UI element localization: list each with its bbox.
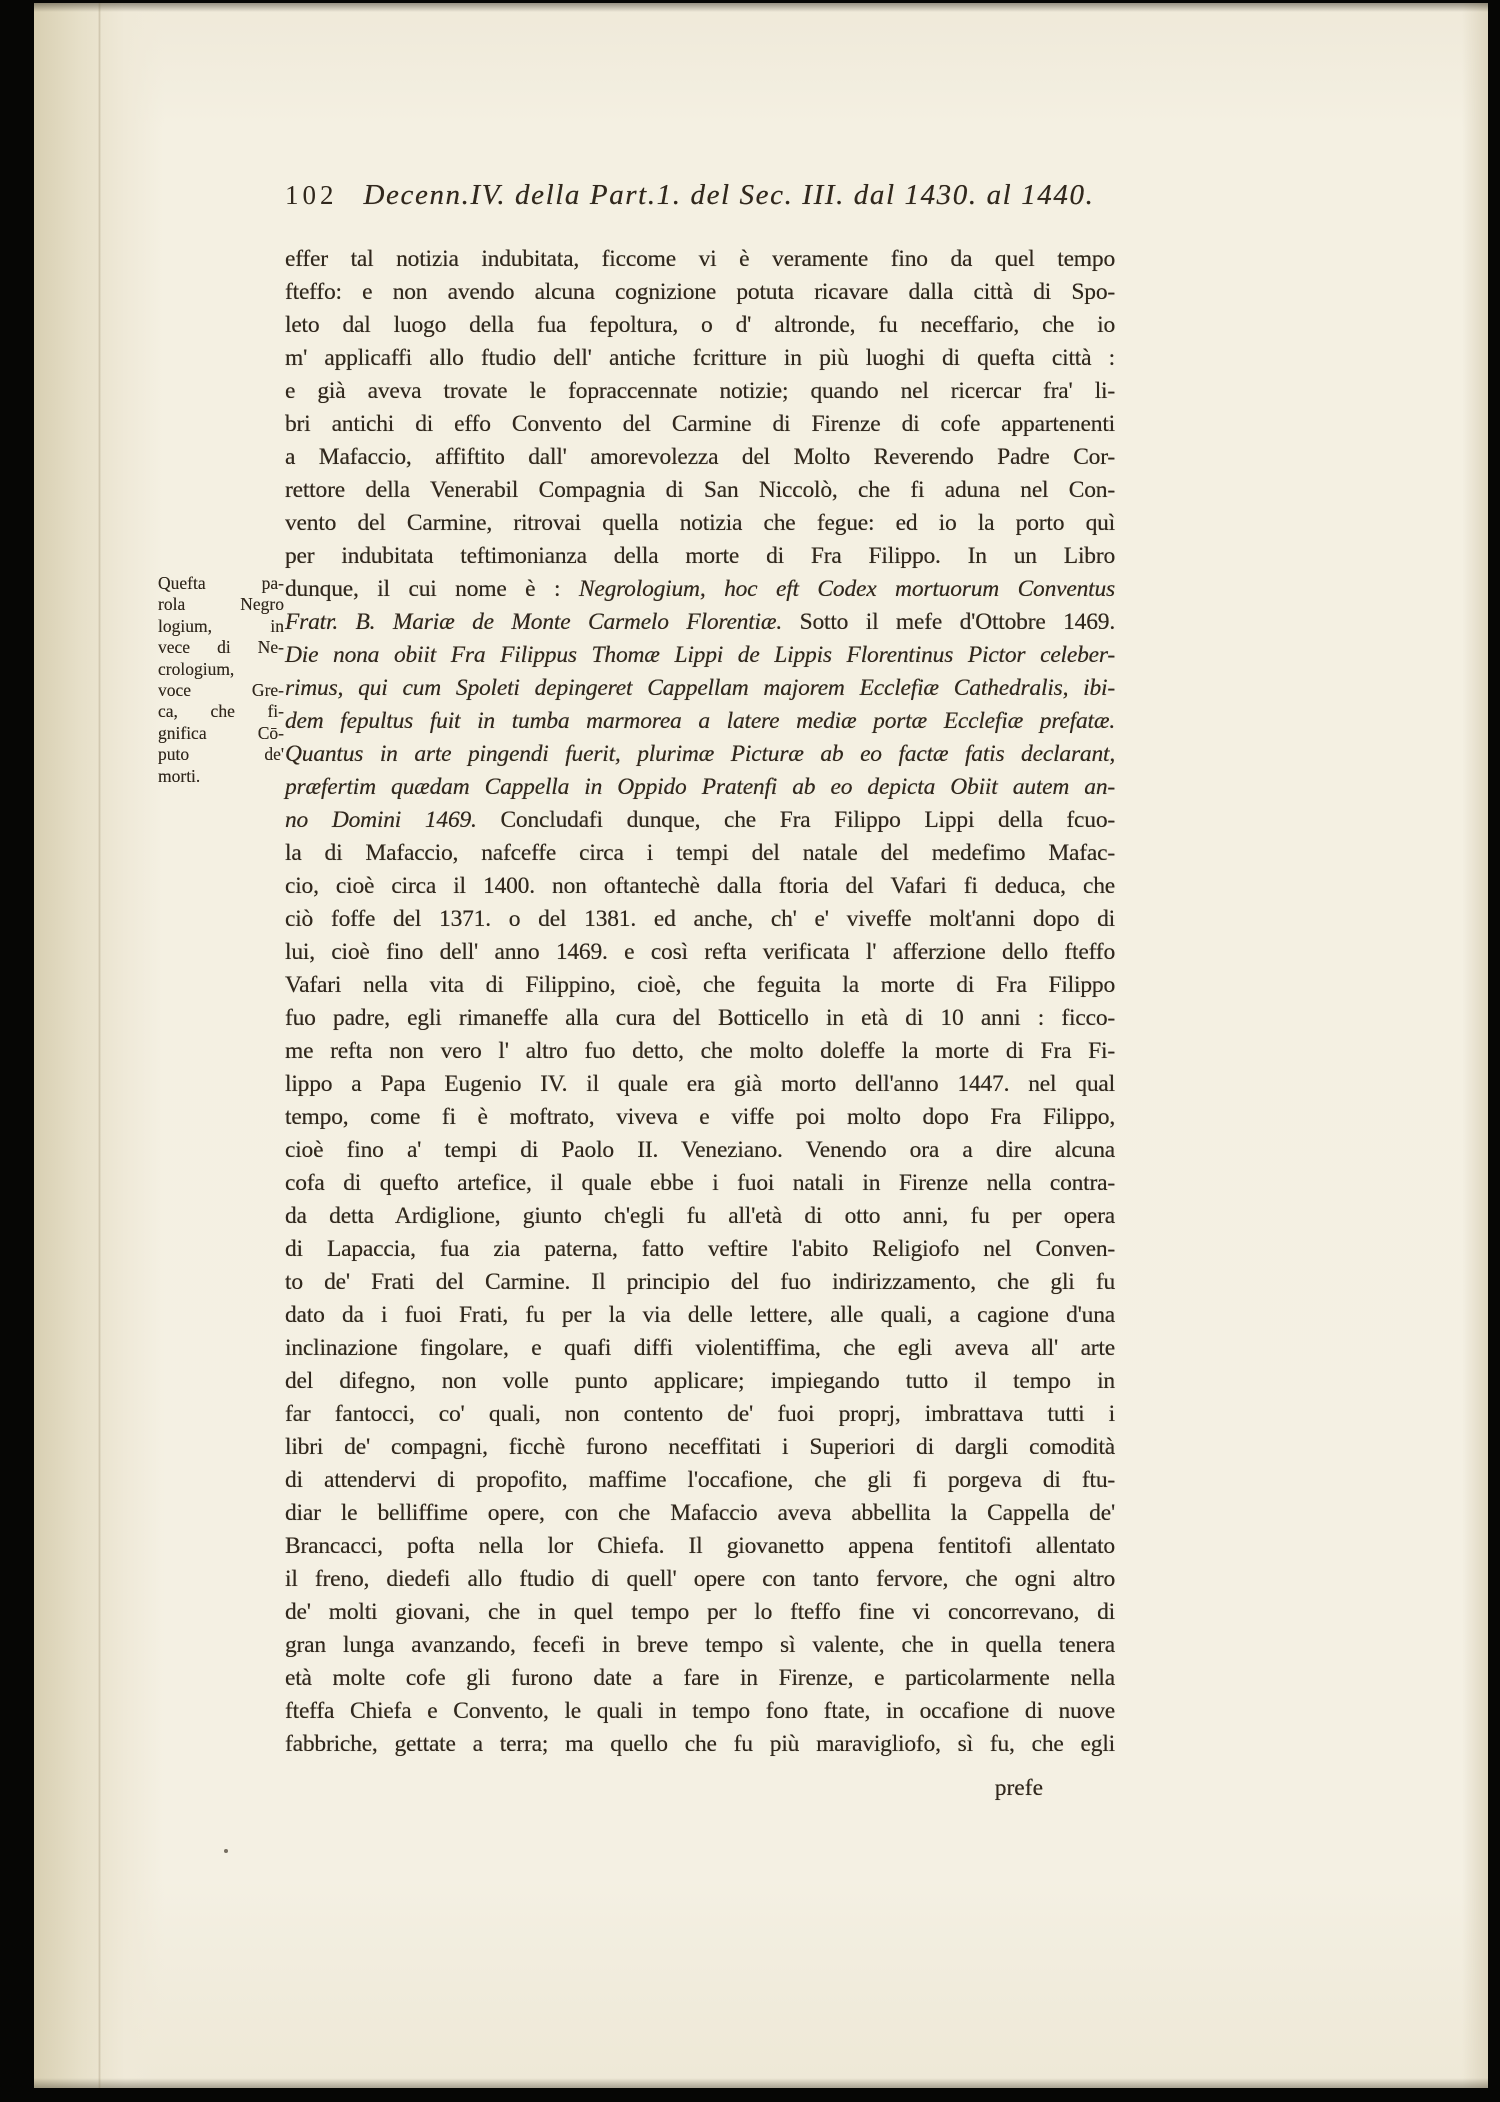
text-line: no Domini 1469. Concludafi dunque, che F… (285, 804, 1115, 837)
margin-note-line: voce Gre- (158, 680, 284, 701)
page-header: 102Decenn.IV. della Part.1. del Sec. III… (285, 179, 1115, 219)
ink-speck (224, 1849, 228, 1853)
margin-note-line: gnifica Cō- (158, 723, 284, 744)
text-line: m' applicaffi allo ftudio dell' antiche … (285, 342, 1115, 375)
text-line: e già aveva trovate le fopraccennate not… (285, 375, 1115, 408)
text-line: me refta non vero l' altro fuo detto, ch… (285, 1035, 1115, 1068)
body-text: effer tal notizia indubitata, ficcome vi… (285, 243, 1115, 1761)
text-line: lippo a Papa Eugenio IV. il quale era gi… (285, 1068, 1115, 1101)
margin-note-line: vece di Ne- (158, 637, 284, 658)
page-gutter-shading (34, 3, 164, 2088)
text-line: bri antichi di effo Convento del Carmine… (285, 408, 1115, 441)
text-line: Quantus in arte pingendi fuerit, plurimæ… (285, 738, 1115, 771)
text-line: fabbriche, gettate a terra; ma quello ch… (285, 1728, 1115, 1761)
margin-note-line: ca, che fi- (158, 701, 284, 722)
text-line: di attendervi di propofito, maffime l'oc… (285, 1464, 1115, 1497)
margin-note-line: rola Negro (158, 594, 284, 615)
text-line: leto dal luogo della fua fepoltura, o d'… (285, 309, 1115, 342)
text-line: gran lunga avanzando, fecefi in breve te… (285, 1629, 1115, 1662)
text-line: a Mafaccio, affiftito dall' amorevolezza… (285, 441, 1115, 474)
text-line: la di Mafaccio, nafceffe circa i tempi d… (285, 837, 1115, 870)
book-page: 102Decenn.IV. della Part.1. del Sec. III… (34, 3, 1488, 2088)
text-line: effer tal notizia indubitata, ficcome vi… (285, 243, 1115, 276)
text-line: libri de' compagni, ficchè furono neceff… (285, 1431, 1115, 1464)
text-line: Die nona obiit Fra Filippus Thomæ Lippi … (285, 639, 1115, 672)
text-line: dem fepultus fuit in tumba marmorea a la… (285, 705, 1115, 738)
running-title: Decenn.IV. della Part.1. del Sec. III. d… (364, 179, 1095, 211)
text-line: cio, cioè circa il 1400. non oftantechè … (285, 870, 1115, 903)
text-line: fteffo: e non avendo alcuna cognizione p… (285, 276, 1115, 309)
text-line: inclinazione fingolare, e quafi diffi vi… (285, 1332, 1115, 1365)
text-line: per indubitata teftimonianza della morte… (285, 540, 1115, 573)
text-line: fteffa Chiefa e Convento, le quali in te… (285, 1695, 1115, 1728)
margin-note-line: morti. (158, 766, 284, 787)
text-line: rettore della Venerabil Compagnia di San… (285, 474, 1115, 507)
text-line: di Lapaccia, fua zia paterna, fatto veft… (285, 1233, 1115, 1266)
text-line: far fantocci, co' quali, non contento de… (285, 1398, 1115, 1431)
page-top-shadow (34, 3, 1488, 12)
catchword: prefe (995, 1775, 1043, 1802)
text-line: tempo, come fi è moftrato, viveva e viff… (285, 1101, 1115, 1134)
text-line: vento del Carmine, ritrovai quella notiz… (285, 507, 1115, 540)
page-number: 102 (285, 180, 338, 210)
text-line: lui, cioè fino dell' anno 1469. e così r… (285, 936, 1115, 969)
page-right-edge-shading (1462, 3, 1488, 2088)
text-line: Vafari nella vita di Filippino, cioè, ch… (285, 969, 1115, 1002)
text-line: ciò foffe del 1371. o del 1381. ed anche… (285, 903, 1115, 936)
gutter-crease (98, 3, 101, 2088)
text-line: dunque, il cui nome è : Negrologium, hoc… (285, 573, 1115, 606)
text-line: cioè fino a' tempi di Paolo II. Venezian… (285, 1134, 1115, 1167)
text-line: diar le belliffime opere, con che Mafacc… (285, 1497, 1115, 1530)
text-line: præfertim quædam Cappella in Oppido Prat… (285, 771, 1115, 804)
catchword-row: prefe (285, 1775, 1115, 1802)
text-line: de' molti giovani, che in quel tempo per… (285, 1596, 1115, 1629)
margin-note: Quefta pa-rola Negrologium, invece di Ne… (158, 573, 284, 787)
text-line: rimus, qui cum Spoleti depingeret Cappel… (285, 672, 1115, 705)
text-line: fuo padre, egli rimaneffe alla cura del … (285, 1002, 1115, 1035)
text-line: cofa di quefto artefice, il quale ebbe i… (285, 1167, 1115, 1200)
text-line: età molte cofe gli furono date a fare in… (285, 1662, 1115, 1695)
text-line: Brancacci, pofta nella lor Chiefa. Il gi… (285, 1530, 1115, 1563)
text-line: del difegno, non volle punto applicare; … (285, 1365, 1115, 1398)
margin-note-line: crologium, (158, 659, 284, 680)
text-line: to de' Frati del Carmine. Il principio d… (285, 1266, 1115, 1299)
text-line: da detta Ardiglione, giunto ch'egli fu a… (285, 1200, 1115, 1233)
text-line: il freno, diedefi allo ftudio di quell' … (285, 1563, 1115, 1596)
margin-note-line: Quefta pa- (158, 573, 284, 594)
page-bottom-shadow (34, 2078, 1488, 2088)
margin-note-line: puto de' (158, 744, 284, 765)
margin-note-line: logium, in (158, 616, 284, 637)
text-line: Fratr. B. Mariæ de Monte Carmelo Florent… (285, 606, 1115, 639)
book-scan-background: 102Decenn.IV. della Part.1. del Sec. III… (0, 0, 1500, 2102)
text-line: dato da i fuoi Frati, fu per la via dell… (285, 1299, 1115, 1332)
